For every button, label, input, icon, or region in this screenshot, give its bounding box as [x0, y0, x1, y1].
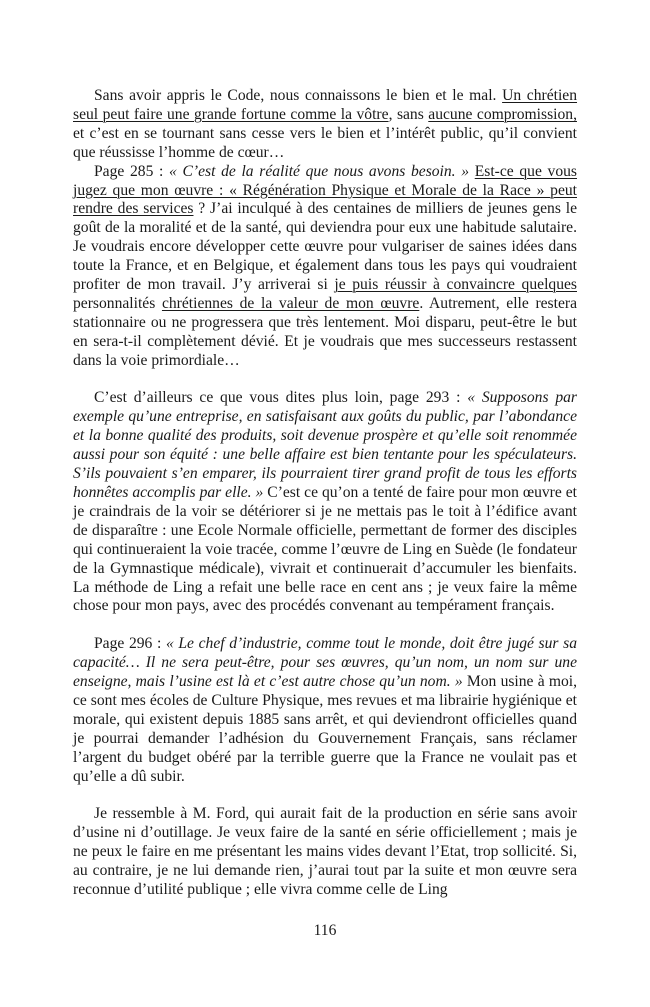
paragraph-3-text: C’est d’ailleurs ce que vous dites plus …: [94, 389, 467, 406]
paragraph-1-text: , sans: [389, 106, 429, 123]
paragraph-1-text: et c’est en se tournant sans cesse vers …: [73, 125, 577, 161]
paragraph-4: Page 296 : « Le chef d’industrie, comme …: [73, 635, 577, 786]
underlined-phrase: je puis réussir à convaincre quelques: [334, 276, 577, 293]
page-number: 116: [0, 922, 650, 940]
underlined-phrase: aucune compromission,: [428, 106, 577, 123]
paragraph-5: Je ressemble à M. Ford, qui aurait fait …: [73, 805, 577, 900]
paragraph-2: Page 285 : « C’est de la réalité que nou…: [73, 163, 577, 371]
italic-quotation: « C’est de la réalité que nous avons bes…: [169, 163, 469, 180]
underlined-phrase: chrétiennes de la valeur de mon œuvre: [162, 295, 419, 312]
paragraph-2-text: personnalités: [73, 295, 162, 312]
paragraph-1: Sans avoir appris le Code, nous connaiss…: [73, 87, 577, 163]
page-reference: Page 296 :: [94, 635, 166, 652]
paragraph-5-text: Je ressemble à M. Ford, qui aurait fait …: [73, 805, 577, 898]
document-page-body: Sans avoir appris le Code, nous connaiss…: [73, 87, 577, 900]
paragraph-3: C’est d’ailleurs ce que vous dites plus …: [73, 389, 577, 616]
paragraph-1-text: Sans avoir appris le Code, nous connaiss…: [94, 87, 502, 104]
page-reference: Page 285 :: [94, 163, 169, 180]
paragraph-3-text: C’est ce qu’on a tenté de faire pour mon…: [73, 484, 577, 614]
